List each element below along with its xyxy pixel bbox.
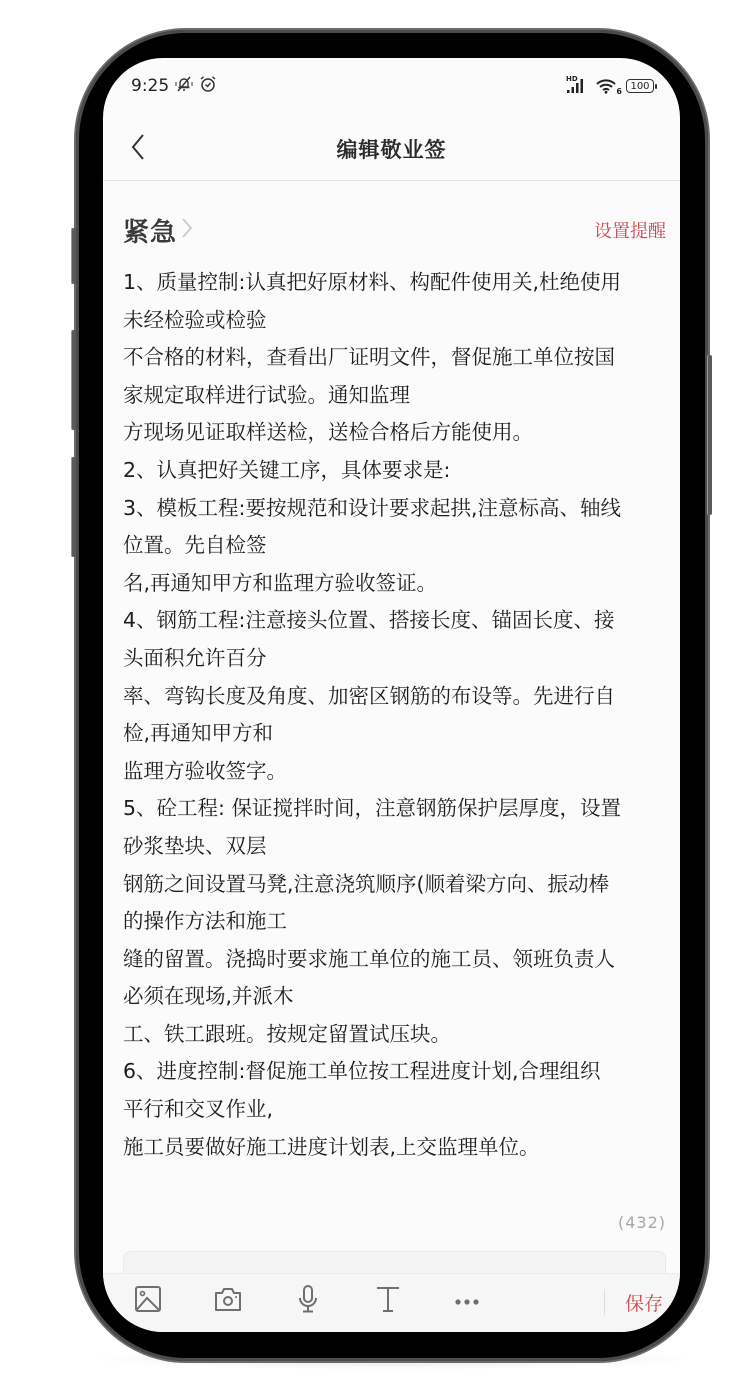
category-row: 紧急 设置提醒 [123, 208, 666, 252]
note-line: 未经检验或检验 [123, 302, 666, 340]
note-line: 家规定取样进行试验。通知监理 [123, 377, 666, 415]
note-line: 平行和交叉作业, [123, 1091, 666, 1129]
toolbar-divider [604, 1289, 605, 1315]
text-format-button[interactable] [371, 1284, 405, 1318]
category-selector[interactable]: 紧急 [123, 212, 193, 249]
note-line: 率、弯钩长度及角度、加密区钢筋的布设等。先进行自 [123, 678, 666, 716]
insert-image-button[interactable] [131, 1284, 165, 1318]
wifi-icon: 6 [595, 78, 619, 94]
note-line: 检,再通知甲方和 [123, 715, 666, 753]
camera-button[interactable] [211, 1284, 245, 1318]
note-line: 钢筋之间设置马凳,注意浇筑顺序(顺着梁方向、振动棒 [123, 866, 666, 904]
note-line: 4、钢筋工程:注意接头位置、搭接长度、锚固长度、接 [123, 602, 666, 640]
back-button[interactable] [123, 132, 153, 166]
note-line: 名,再通知甲方和监理方验收签证。 [123, 565, 666, 603]
image-icon [134, 1285, 162, 1317]
note-line: 工、铁工跟班。按规定留置试压块。 [123, 1016, 666, 1054]
side-button-power [707, 355, 712, 515]
character-count: (432) [618, 1213, 666, 1232]
note-line: 砂浆垫块、双层 [123, 828, 666, 866]
voice-input-button[interactable] [291, 1284, 325, 1318]
note-line: 3、模板工程:要按规范和设计要求起拱,注意标高、轴线 [123, 490, 666, 528]
save-button[interactable]: 保存 [625, 1289, 663, 1316]
more-icon [453, 1292, 481, 1311]
chevron-right-icon [181, 217, 193, 243]
side-button-volume-up [71, 330, 76, 430]
note-line: 施工员要做好施工进度计划表,上交监理单位。 [123, 1129, 666, 1167]
more-options-button[interactable] [450, 1284, 484, 1318]
battery-level: 100 [630, 81, 649, 92]
note-line: 2、认真把好关键工序，具体要求是: [123, 452, 666, 490]
note-line: 头面积允许百分 [123, 640, 666, 678]
microphone-icon [296, 1284, 320, 1318]
note-line: 6、进度控制:督促施工单位按工程进度计划,合理组织 [123, 1053, 666, 1091]
bell-muted-icon [175, 75, 193, 97]
bottom-toolbar: 保存 [103, 1273, 680, 1332]
side-button-volume-down [71, 457, 76, 557]
battery-icon: 100 [626, 79, 654, 93]
set-reminder-button[interactable]: 设置提醒 [594, 217, 666, 243]
status-right: HD 6 100 [566, 78, 654, 94]
status-bar: 9:25 [103, 58, 680, 104]
wifi-label: 6 [616, 87, 622, 96]
alarm-icon [199, 75, 217, 97]
note-line: 方现场见证取样送检，送检合格后方能使用。 [123, 414, 666, 452]
screen: 9:25 [103, 58, 680, 1332]
note-line: 缝的留置。浇捣时要求施工单位的施工员、领班负责人 [123, 941, 666, 979]
status-time: 9:25 [131, 76, 169, 96]
category-label: 紧急 [123, 212, 177, 249]
camera-icon [213, 1285, 243, 1317]
nav-bar: 编辑敬业签 [103, 118, 680, 181]
note-line: 1、质量控制:认真把好原材料、构配件使用关,杜绝使用 [123, 264, 666, 302]
note-line: 必须在现场,并派木 [123, 978, 666, 1016]
note-line: 的操作方法和施工 [123, 903, 666, 941]
note-line: 5、砼工程: 保证搅拌时间，注意钢筋保护层厚度，设置 [123, 790, 666, 828]
note-line: 位置。先自检签 [123, 527, 666, 565]
page-title: 编辑敬业签 [337, 134, 447, 164]
note-line: 不合格的材料，查看出厂证明文件，督促施工单位按国 [123, 339, 666, 377]
status-left: 9:25 [131, 75, 217, 97]
cellular-signal-icon: HD [566, 78, 588, 94]
chevron-left-icon [130, 133, 146, 165]
note-editor[interactable]: 1、质量控制:认真把好原材料、构配件使用关,杜绝使用 未经检验或检验 不合格的材… [123, 264, 666, 1166]
side-button-action [71, 228, 76, 284]
note-line: 监理方验收签字。 [123, 753, 666, 791]
text-format-icon [374, 1285, 402, 1317]
